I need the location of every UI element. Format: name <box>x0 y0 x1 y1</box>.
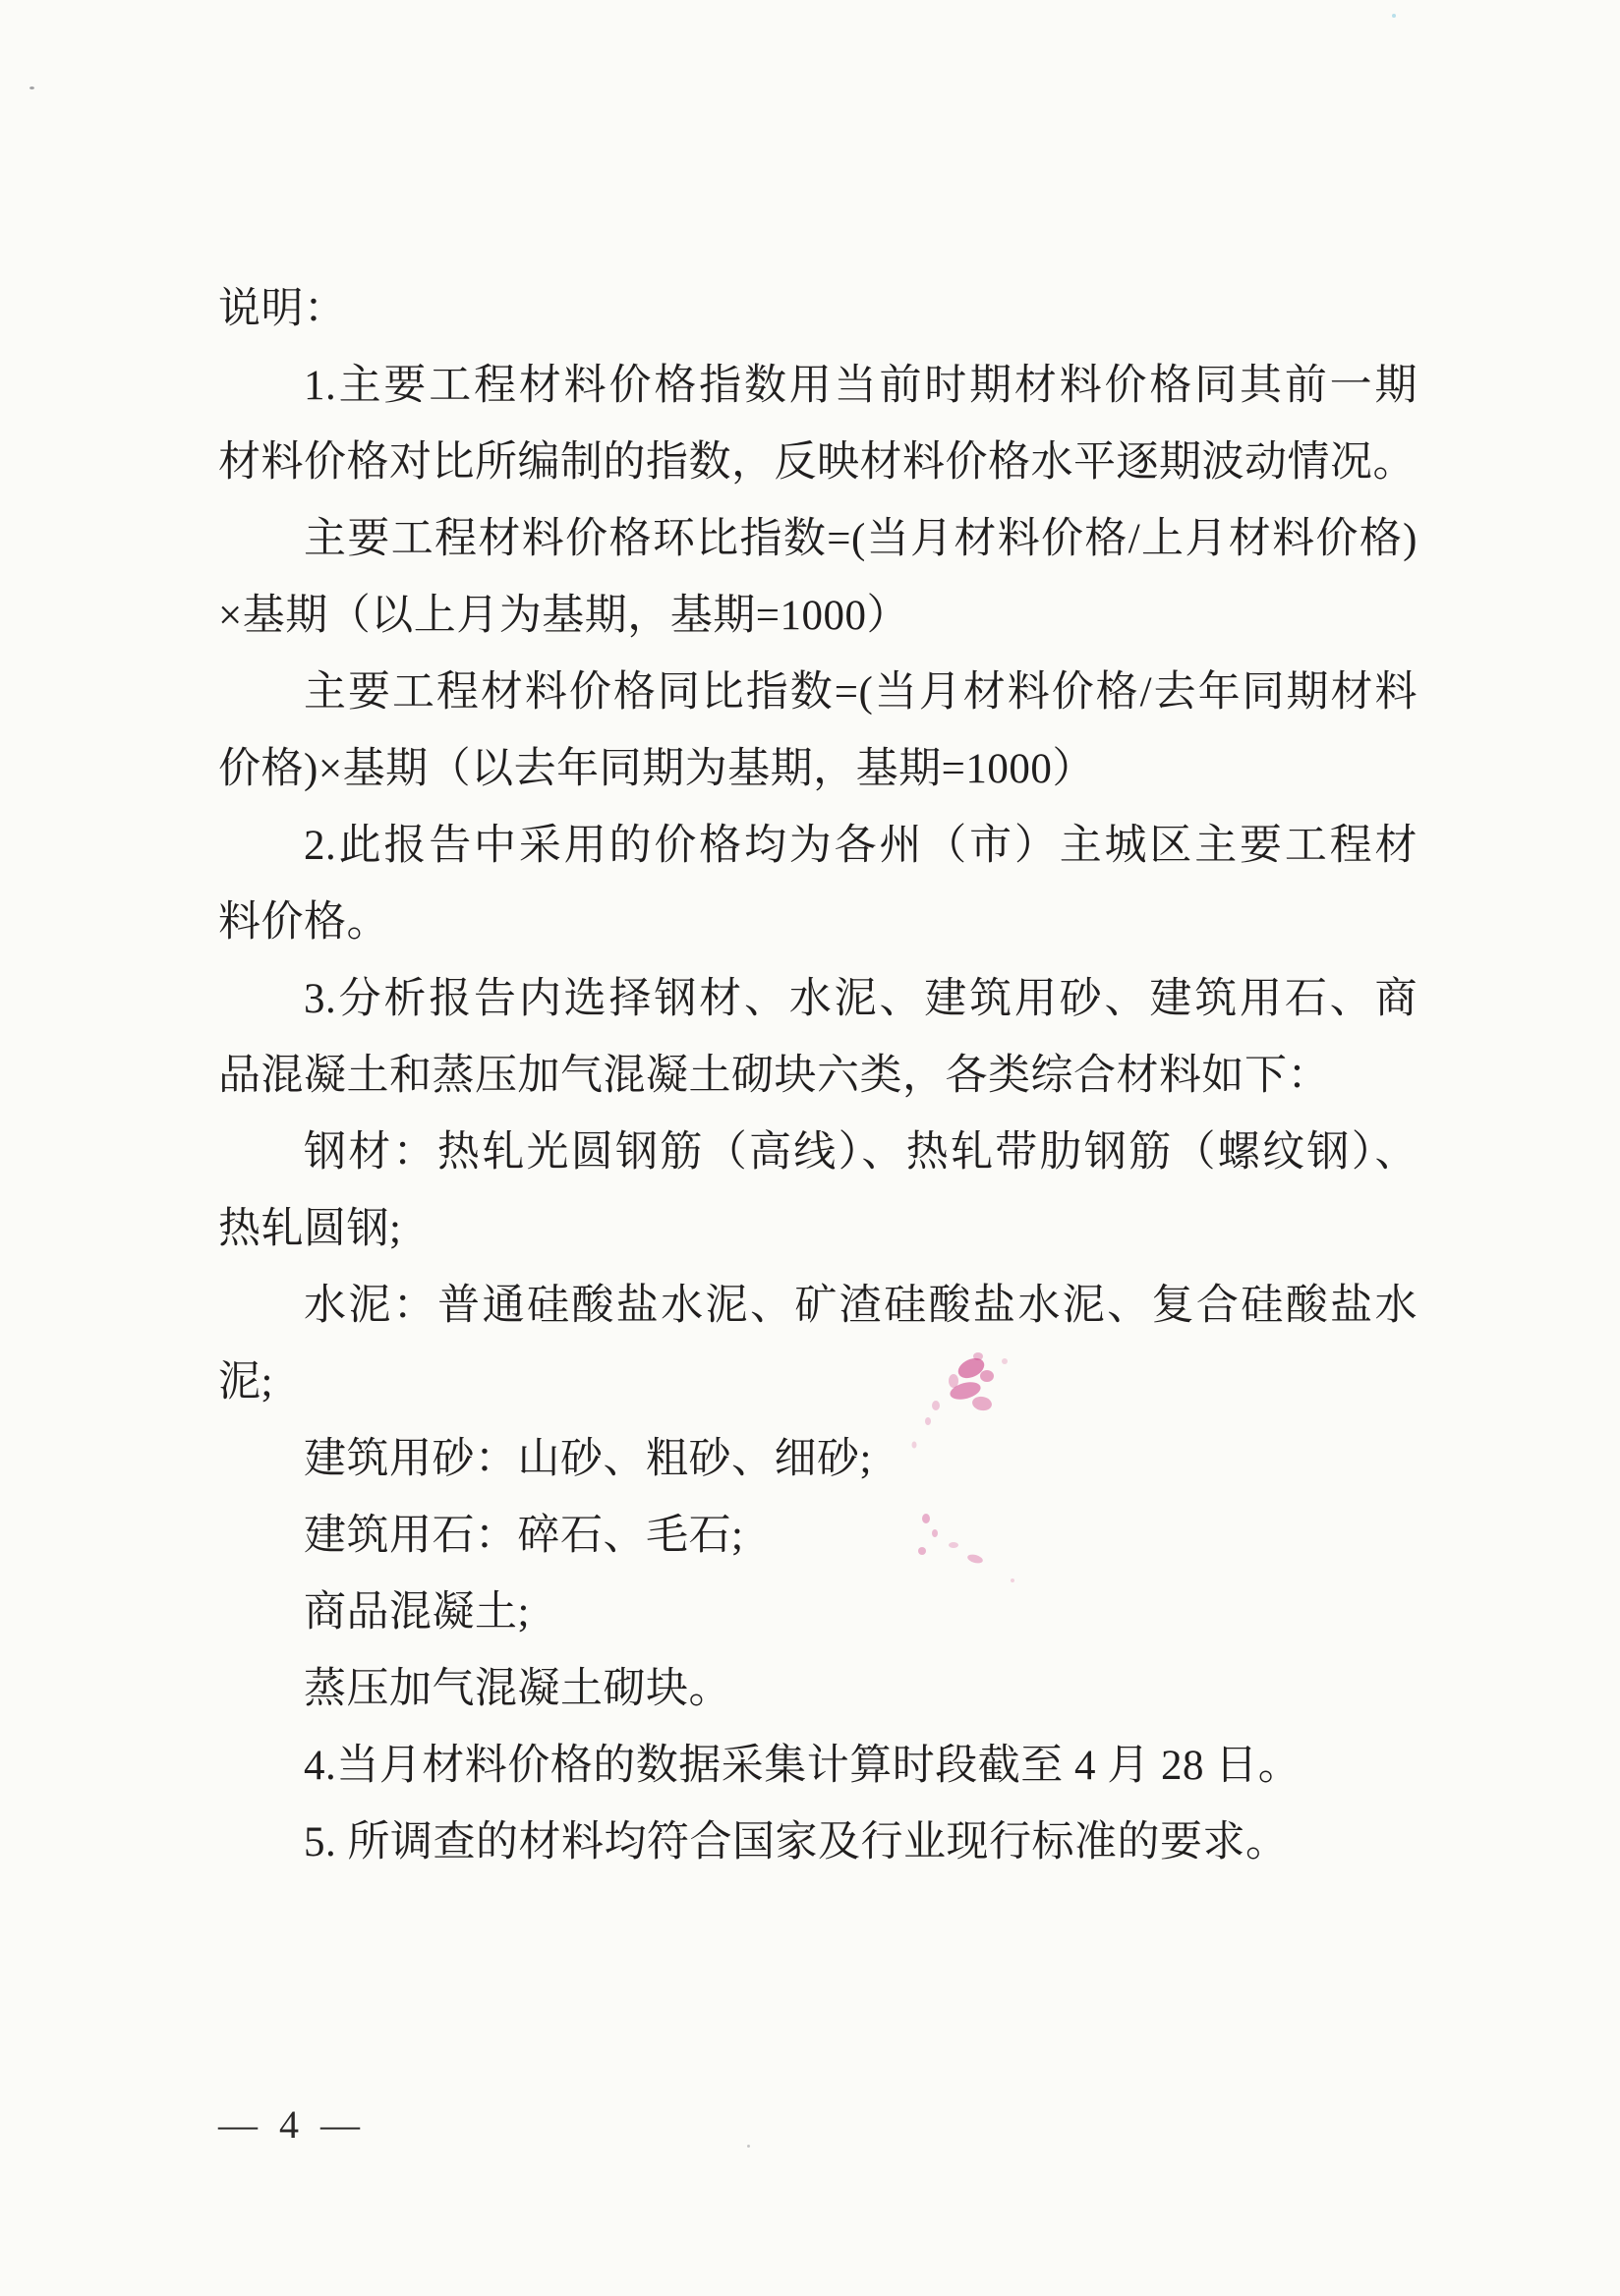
text-line: 材料价格对比所编制的指数，反映材料价格水平逐期波动情况。 <box>218 425 1417 501</box>
text-line: 主要工程材料价格同比指数=(当月材料价格/去年同期材料 <box>218 655 1417 731</box>
text-line: 建筑用石：碎石、毛石; <box>218 1498 1417 1575</box>
scan-speck <box>29 86 34 89</box>
document-page: { "page": { "background_color": "#fbfbf8… <box>0 0 1620 2296</box>
text-line: 热轧圆钢; <box>218 1191 1417 1268</box>
text-line: 1.主要工程材料价格指数用当前时期材料价格同其前一期 <box>218 348 1417 425</box>
text-line: 蒸压加气混凝土砌块。 <box>218 1651 1417 1728</box>
page-number: — 4 — <box>218 2101 366 2148</box>
text-line: ×基期（以上月为基期，基期=1000） <box>218 578 1417 655</box>
section-heading: 说明： <box>218 271 1417 348</box>
scan-speck <box>1392 14 1396 18</box>
text-line: 主要工程材料价格环比指数=(当月材料价格/上月材料价格) <box>218 501 1417 578</box>
scan-speck <box>747 2145 750 2148</box>
text-line: 料价格。 <box>218 885 1417 961</box>
notes-section: 说明： 1.主要工程材料价格指数用当前时期材料价格同其前一期 材料价格对比所编制… <box>218 271 1417 1881</box>
text-line: 3.分析报告内选择钢材、水泥、建筑用砂、建筑用石、商 <box>218 961 1417 1038</box>
text-line: 水泥：普通硅酸盐水泥、矿渣硅酸盐水泥、复合硅酸盐水 <box>218 1268 1417 1345</box>
text-line: 钢材：热轧光圆钢筋（高线）、热轧带肋钢筋（螺纹钢）、 <box>218 1115 1417 1191</box>
text-line: 价格)×基期（以去年同期为基期，基期=1000） <box>218 731 1417 808</box>
text-line: 建筑用砂：山砂、粗砂、细砂; <box>218 1421 1417 1498</box>
text-line: 2.此报告中采用的价格均为各州（市）主城区主要工程材 <box>218 808 1417 885</box>
text-line: 品混凝土和蒸压加气混凝土砌块六类，各类综合材料如下： <box>218 1038 1417 1115</box>
text-line: 商品混凝土; <box>218 1575 1417 1651</box>
text-line: 泥; <box>218 1345 1417 1421</box>
text-line: 5. 所调查的材料均符合国家及行业现行标准的要求。 <box>218 1805 1417 1881</box>
text-line: 4.当月材料价格的数据采集计算时段截至 4 月 28 日。 <box>218 1728 1417 1805</box>
